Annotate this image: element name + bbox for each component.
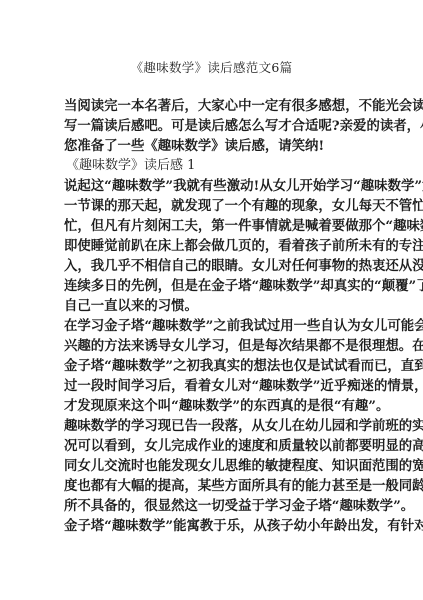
paragraph-line: 金子塔“趣味数学”之初我真实的想法也仅是试试看而已，直到经 (64, 356, 358, 376)
paragraph-line: 过一段时间学习后，看着女儿对“趣味数学”近乎痴迷的情景，我 (64, 376, 358, 396)
intro-line: 当阅读完一本名著后，大家心中一定有很多感想，不能光会读哦， (64, 96, 358, 116)
document-title: 《趣味数学》读后感范文6篇 (0, 58, 423, 76)
paragraph-line: 即使睡觉前趴在床上都会做几页的，看着孩子前所未有的专注和投 (64, 236, 358, 256)
paragraph-line: 同女儿交流时也能发现女儿思维的敏捷程度、知识面范围的宽阔程 (64, 456, 358, 476)
paragraph-line: 所不具备的，很显然这一切受益于学习金子塔“趣味数学”。 (64, 496, 358, 516)
paragraph-line: 入，我几乎不相信自己的眼睛。女儿对任何事物的热衷还从没有过 (64, 256, 358, 276)
document-body: 当阅读完一本名著后，大家心中一定有很多感想，不能光会读哦， 写一篇读后感吧。可是… (64, 96, 358, 536)
paragraph-line: 度也都有大幅的提高，某些方面所具有的能力甚至是一般同龄孩子 (64, 476, 358, 496)
section-heading: 《趣味数学》读后感 1 (64, 156, 358, 176)
intro-line: 您准备了一些《趣味数学》读后感，请笑纳! (64, 136, 358, 156)
paragraph-line: 说起这“趣味数学”我就有些激动!从女儿开始学习“趣味数学”第 (64, 176, 358, 196)
paragraph-line: 兴趣的方法来诱导女儿学习，但是每次结果都不是很理想。在接触 (64, 336, 358, 356)
paragraph-line: 况可以看到，女儿完成作业的速度和质量较以前都要明显的高好多， (64, 436, 358, 456)
paragraph-line: 连续多日的先例，但是在金子塔“趣味数学”却真实的“颠覆”了 (64, 276, 358, 296)
paragraph-line: 趣味数学的学习现已告一段落，从女儿在幼儿园和学前班的实际状 (64, 416, 358, 436)
paragraph-line: 才发现原来这个叫“趣味数学”的东西真的是很“有趣”。 (64, 396, 358, 416)
paragraph-line: 自己一直以来的习惯。 (64, 296, 358, 316)
paragraph-line: 在学习金子塔“趣味数学”之前我试过用一些自认为女儿可能会感 (64, 316, 358, 336)
paragraph-line: 一节课的那天起，就发现了一个有趣的现象，女儿每天不管忙或不 (64, 196, 358, 216)
paragraph-line: 金子塔“趣味数学”能寓教于乐，从孩子幼小年龄出发，有针对性 (64, 516, 358, 536)
paragraph-line: 忙，但凡有片刻闲工夫，第一件事情就是喊着要做那个“趣味数学” (64, 216, 358, 236)
intro-line: 写一篇读后感吧。可是读后感怎么写才合适呢?亲爱的读者，小编为 (64, 116, 358, 136)
